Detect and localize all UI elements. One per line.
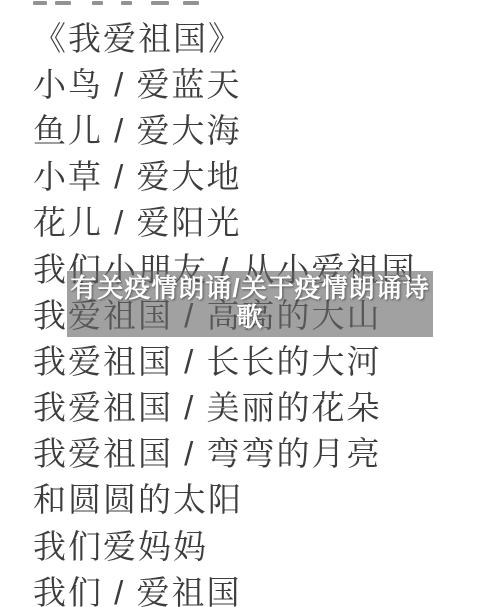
stroke-fragment [92,1,103,5]
poem-line-3: 小草 / 爱大地 [0,152,500,198]
stroke-fragment [33,1,47,5]
poem-line-12: 我们 / 爱祖国 [0,567,500,607]
watermark-overlay: 有关疫情朗诵/关于疫情朗诵诗 歌 [67,271,433,337]
poem-line-10: 和圆圆的太阳 [0,475,500,521]
poem-line-8: 我爱祖国 / 美丽的花朵 [0,383,500,429]
poem-image: 《我爱祖国》 小鸟 / 爱蓝天 鱼儿 / 爱大海 小草 / 爱大地 花儿 / 爱… [0,0,500,607]
poem-line-7: 我爱祖国 / 长长的大河 [0,336,500,382]
clipped-text-fragments [0,0,500,8]
poem-line-11: 我们爱妈妈 [0,521,500,567]
stroke-fragment [55,1,71,5]
stroke-fragment [151,1,169,5]
watermark-text-line2: 歌 [67,303,433,332]
stroke-fragment [183,1,199,5]
poem-line-4: 花儿 / 爱阳光 [0,198,500,244]
stroke-fragment [121,1,132,5]
poem-line-9: 我爱祖国 / 弯弯的月亮 [0,429,500,475]
poem-title: 《我爱祖国》 [0,13,500,59]
watermark-text-line1: 有关疫情朗诵/关于疫情朗诵诗 [67,274,433,303]
poem-line-2: 鱼儿 / 爱大海 [0,105,500,151]
poem-line-1: 小鸟 / 爱蓝天 [0,59,500,105]
